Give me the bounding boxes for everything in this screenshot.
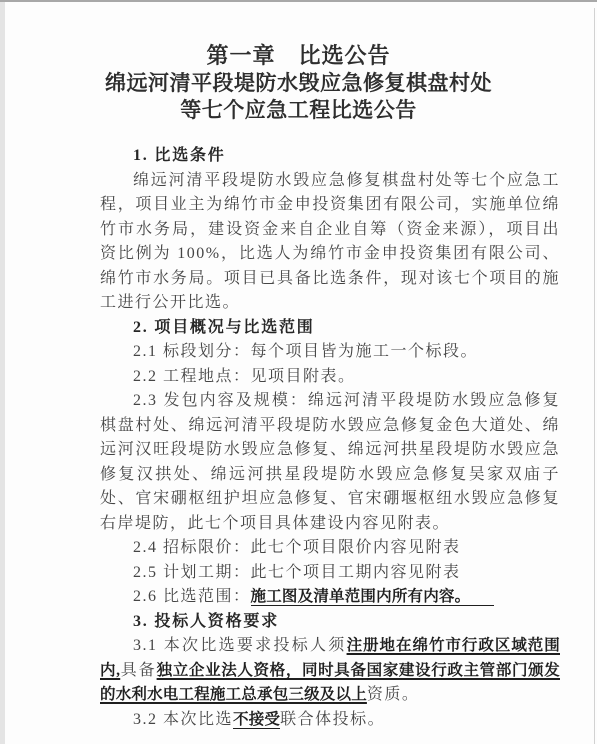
scan-edge-left-strip bbox=[0, 2, 5, 744]
section-1-paragraph: 绵远河清平段堤防水毁应急修复棋盘村处等七个应急工程，项目业主为绵竹市金申投资集团… bbox=[100, 169, 560, 316]
clause-3-1-text-2: 具备 bbox=[120, 662, 156, 679]
section-3-heading: 3. 投标人资格要求 bbox=[100, 610, 560, 635]
clause-2-4: 2.4 招标限价：此七个项目限价内容见附表 bbox=[100, 536, 560, 561]
clause-3-2-emphasis-no-consortium: 不接受 bbox=[233, 711, 280, 729]
clause-3-1-text-3: 资质。 bbox=[367, 686, 420, 703]
chapter-heading: 第一章 比选公告 bbox=[0, 42, 597, 70]
clause-3-1: 3.1 本次比选要求投标人须注册地在绵竹市行政区域范围内,具备独立企业法人资格，… bbox=[100, 634, 560, 708]
clause-3-1-text: 3.1 本次比选要求投标人须 bbox=[133, 637, 347, 654]
document-title-line1: 绵远河清平段堤防水毁应急修复棋盘村处 bbox=[0, 70, 597, 97]
clause-2-6-label: 2.6 比选范围： bbox=[133, 588, 251, 605]
section-2-heading: 2. 项目概况与比选范围 bbox=[100, 316, 560, 341]
scan-edge-top-line bbox=[0, 0, 597, 2]
clause-3-2-text-2: 联合体投标。 bbox=[280, 711, 385, 728]
document-title-line2: 等七个应急工程比选公告 bbox=[0, 97, 597, 124]
clause-3-1-emphasis-qualification: 独立企业法人资格，同时具备国家建设行政主管部门颁发的水利水电工程施工总承包三级及… bbox=[100, 662, 560, 704]
clause-2-6-emphasis: 施工图及清单范围内所有内容。 bbox=[251, 588, 495, 606]
clause-3-2: 3.2 本次比选不接受联合体投标。 bbox=[100, 708, 560, 733]
section-1-heading: 1. 比选条件 bbox=[100, 144, 560, 169]
clause-2-5: 2.5 计划工期：此七个项目工期内容见附表 bbox=[100, 561, 560, 586]
scanned-document-page: 第一章 比选公告 绵远河清平段堤防水毁应急修复棋盘村处 等七个应急工程比选公告 … bbox=[0, 0, 597, 744]
scan-edge-right-line bbox=[594, 8, 595, 744]
clause-2-2: 2.2 工程地点：见项目附表。 bbox=[100, 365, 560, 390]
clause-2-1: 2.1 标段划分：每个项目皆为施工一个标段。 bbox=[100, 340, 560, 365]
document-body: 1. 比选条件 绵远河清平段堤防水毁应急修复棋盘村处等七个应急工程，项目业主为绵… bbox=[100, 144, 560, 732]
clause-2-6: 2.6 比选范围：施工图及清单范围内所有内容。 bbox=[100, 585, 560, 610]
clause-3-2-text: 3.2 本次比选 bbox=[133, 711, 233, 728]
title-block: 第一章 比选公告 绵远河清平段堤防水毁应急修复棋盘村处 等七个应急工程比选公告 bbox=[0, 0, 597, 124]
clause-2-3: 2.3 发包内容及规模：绵远河清平段堤防水毁应急修复棋盘村处、绵远河清平段堤防水… bbox=[100, 389, 560, 536]
